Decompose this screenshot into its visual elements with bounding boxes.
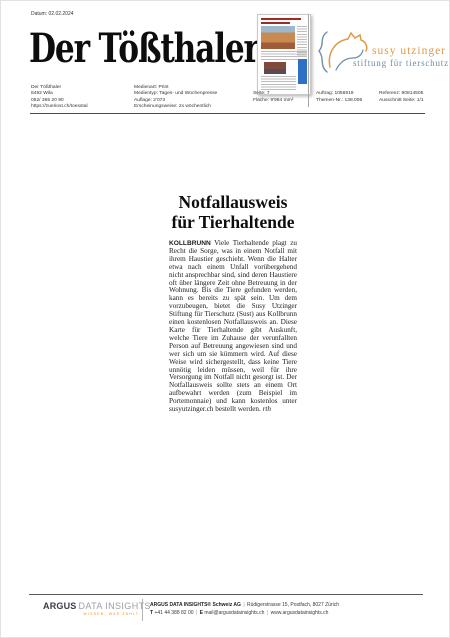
clip-area: Fläche: 9'984 mm² bbox=[253, 98, 293, 105]
sust-logo: susy utzinger stiftung für tierschutz bbox=[315, 29, 443, 79]
footer-contact-block: ARGUS DATA INSIGHTS® Schweiz AG | Rüdige… bbox=[150, 602, 339, 617]
footer-rule bbox=[29, 594, 423, 595]
clip-topic: Themen-Nr.: 138.006 bbox=[316, 98, 362, 105]
clip-cutout: Ausschnitt Seite: 1/1 bbox=[379, 98, 424, 105]
clipping-date: Datum: 02.02.2024 bbox=[31, 11, 74, 17]
header-vertical-divider bbox=[308, 14, 309, 107]
sust-logo-subtitle: stiftung für tierschutz bbox=[353, 58, 449, 68]
article-body: KOLLBRUNN Viele Tierhaltende plagt zu Re… bbox=[169, 240, 297, 414]
article-text: Viele Tierhaltende plagt zu Recht die So… bbox=[169, 239, 297, 413]
footer-website-link[interactable]: www.argusdatainsights.ch bbox=[271, 610, 329, 616]
thumb-photo-large bbox=[261, 26, 295, 49]
cat-icon bbox=[315, 29, 375, 75]
footer-email-link[interactable]: mail@argusdatainsights.ch bbox=[204, 610, 264, 616]
clip-reference: Referenz: 90814505 bbox=[379, 91, 424, 98]
footer-vertical-divider bbox=[142, 599, 143, 621]
thumb-text-bottom bbox=[261, 76, 296, 91]
footer-email-label: E bbox=[200, 610, 203, 616]
source-url-link[interactable]: https://zueriost.ch/toesstal bbox=[31, 104, 88, 110]
clip-page: Seite: 7 bbox=[253, 91, 293, 98]
thumb-subheadline-bar bbox=[261, 22, 290, 24]
thumb-headline-bar bbox=[261, 18, 301, 20]
clip-meta-reference: Referenz: 90814505 Ausschnitt Seite: 1/1 bbox=[379, 91, 424, 104]
press-clipping-page: Datum: 02.02.2024 Der Tößthaler Der Tößt… bbox=[0, 0, 450, 638]
thumb-photo-small bbox=[264, 62, 286, 74]
sust-logo-name: susy utzinger bbox=[372, 45, 446, 57]
newspaper-thumbnail bbox=[257, 14, 311, 95]
clip-meta-order: Auftrag: 1056919 Themen-Nr.: 138.006 bbox=[316, 91, 362, 104]
footer-address: Rüdigerstrasse 15, Postfach, 8027 Zürich bbox=[247, 602, 339, 608]
argus-logo-text-light: DATA INSIGHTS bbox=[79, 601, 151, 611]
article-title: Notfallausweis für Tierhaltende bbox=[159, 192, 307, 232]
source-info-block: Der Tößthaler 8492 Wila 052/ 365 20 90 h… bbox=[31, 85, 88, 111]
footer-company: ARGUS DATA INSIGHTS® Schweiz AG bbox=[150, 602, 241, 608]
argus-tagline: WISSEN, WAS ZÄHLT. bbox=[41, 612, 141, 616]
footer-separator: | bbox=[242, 602, 245, 608]
thumb-blue-ad-box bbox=[298, 59, 307, 84]
footer-phone-label: T bbox=[150, 610, 153, 616]
footer-line2: T +41 44 388 82 00 | E mail@argusdatains… bbox=[150, 610, 339, 618]
footer-phone: +41 44 388 82 00 bbox=[154, 610, 193, 616]
media-subtype: Medientyp: Tages- und Wochenpresse bbox=[134, 91, 217, 97]
footer-line1: ARGUS DATA INSIGHTS® Schweiz AG | Rüdige… bbox=[150, 602, 339, 610]
clip-order: Auftrag: 1056919 bbox=[316, 91, 362, 98]
clip-meta-page: Seite: 7 Fläche: 9'984 mm² bbox=[253, 91, 293, 104]
article-title-line2: für Tierhaltende bbox=[159, 212, 307, 232]
media-info-block: Medienart: Print Medientyp: Tages- und W… bbox=[134, 85, 217, 111]
article-signature: rth bbox=[263, 405, 271, 413]
media-frequency: Erscheinungsweise: 2x wöchentlich bbox=[134, 104, 217, 110]
argus-logo-text: ARGUS bbox=[43, 601, 77, 611]
footer-separator: | bbox=[266, 610, 269, 616]
argus-logo: ARGUS DATA INSIGHTS WISSEN, WAS ZÄHLT. bbox=[41, 601, 141, 616]
footer-separator: | bbox=[195, 610, 198, 616]
article-title-line1: Notfallausweis bbox=[159, 192, 307, 212]
header-rule bbox=[30, 113, 425, 114]
newspaper-masthead: Der Tößthaler bbox=[29, 25, 259, 72]
